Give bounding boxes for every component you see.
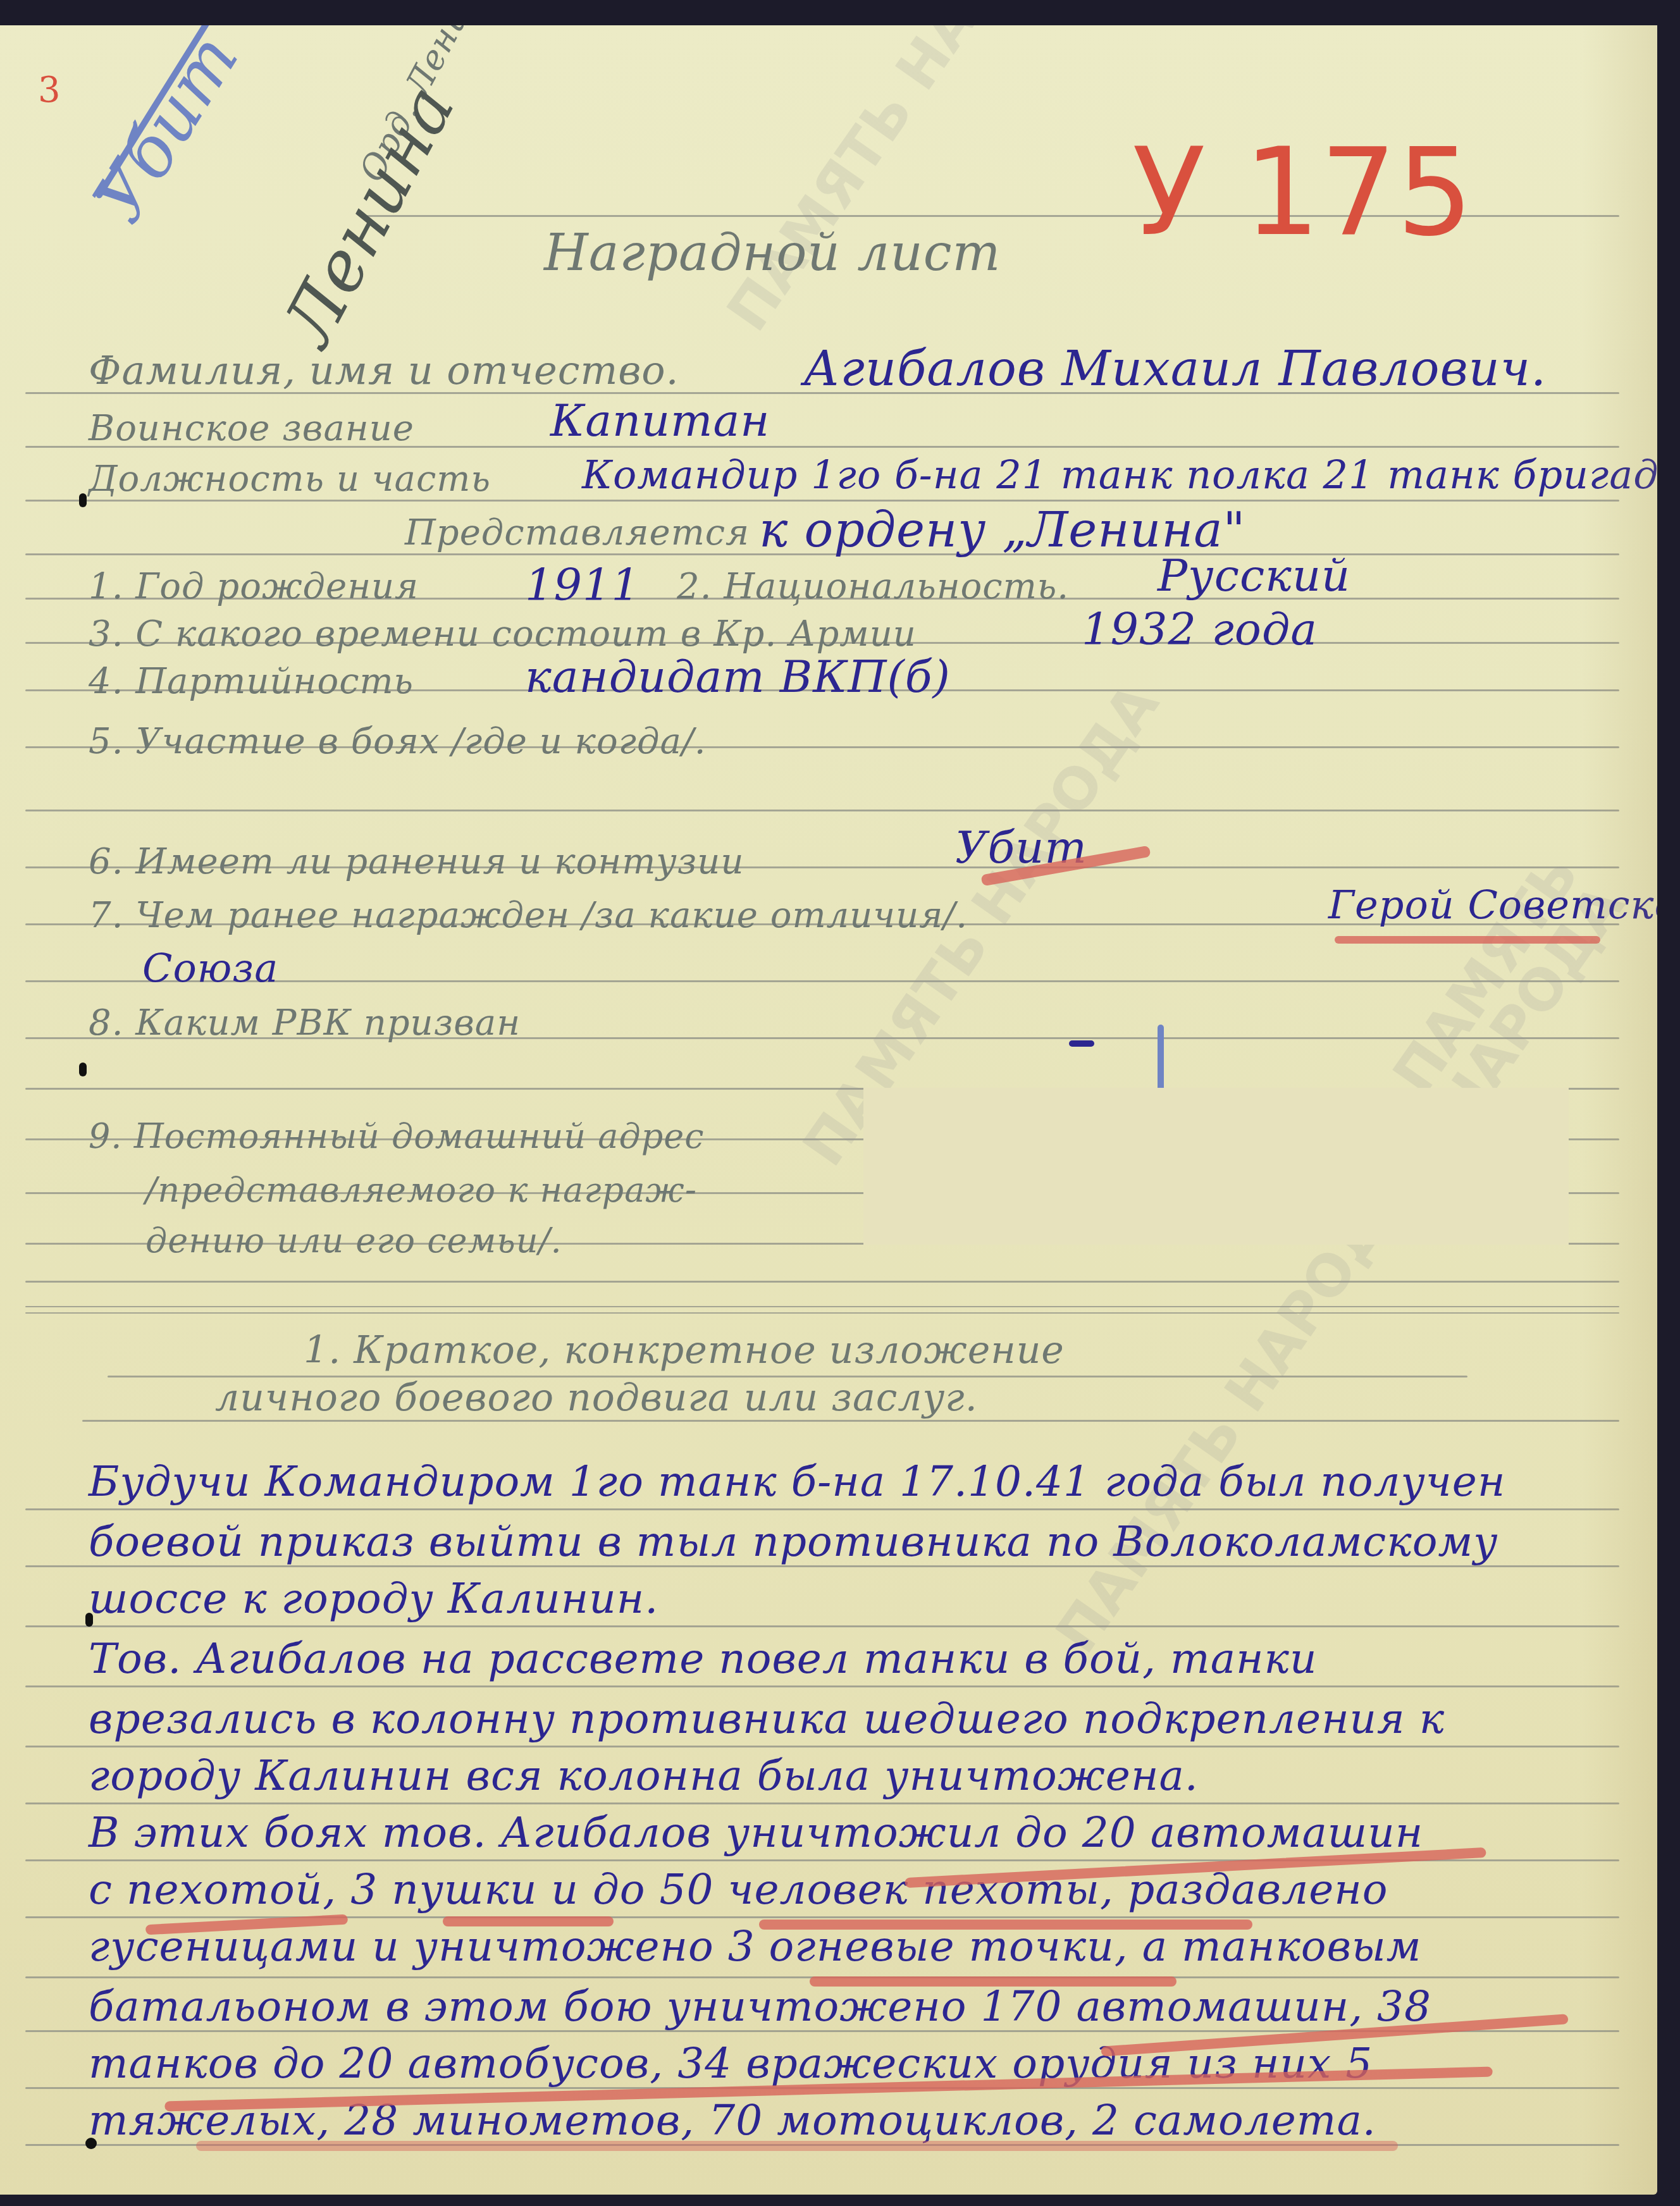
body-line: В этих боях тов. Агибалов уничтожил до 2… bbox=[89, 1812, 1423, 1854]
red-underline bbox=[443, 1916, 614, 1926]
body-line: Тов. Агибалов на рассвете повел танки в … bbox=[89, 1638, 1317, 1680]
body-line: шоссе к городу Калинин. bbox=[89, 1578, 658, 1620]
document-title: Наградной лист bbox=[544, 228, 1001, 278]
body-line: Будучи Командиром 1го танк б-на 17.10.41… bbox=[89, 1461, 1505, 1503]
ruled-line bbox=[82, 1420, 1619, 1422]
punch-hole bbox=[85, 2138, 97, 2149]
field-party-label: 4. Партийность bbox=[89, 664, 414, 699]
ink-mark bbox=[1069, 1040, 1094, 1047]
ruled-line bbox=[25, 1746, 1619, 1747]
field-position-value: Командир 1го б-на 21 танк полка 21 танк … bbox=[582, 455, 1657, 495]
field-rank-label: Воинское звание bbox=[89, 411, 414, 447]
registry-mark: У 175 bbox=[1132, 133, 1473, 253]
field-nationality-label: 2. Национальность. bbox=[677, 569, 1069, 605]
redacted-address bbox=[863, 1088, 1569, 1245]
body-line: батальоном в этом бою уничтожено 170 авт… bbox=[89, 1986, 1431, 2028]
field-birth-year-value: 1911 bbox=[525, 563, 640, 607]
field-nominated-label: Представляется bbox=[405, 515, 750, 551]
field-wounds-label: 6. Имеет ли ранения и контузии bbox=[89, 844, 744, 880]
field-awards-value: Герой Советского bbox=[1328, 885, 1657, 925]
field-awards-value-cont: Союза bbox=[142, 949, 278, 988]
red-underline bbox=[1335, 936, 1600, 944]
field-service-since-value: 1932 года bbox=[1082, 607, 1318, 651]
field-rank-value: Капитан bbox=[550, 398, 770, 443]
punch-hole bbox=[79, 493, 87, 507]
field-rvk-label: 8. Каким РВК призван bbox=[89, 1006, 521, 1041]
body-line: врезались в колонну противника шедшего п… bbox=[89, 1698, 1445, 1740]
ruled-line bbox=[25, 1281, 1619, 1283]
body-line: городу Калинин вся колонна была уничтоже… bbox=[89, 1755, 1199, 1797]
punch-hole bbox=[79, 1063, 87, 1076]
blue-mark bbox=[1158, 1025, 1164, 1094]
field-address-label-1: 9. Постоянный домашний адрес bbox=[89, 1119, 704, 1154]
section-heading-line-2: личного боевого подвига или заслуг. bbox=[215, 1379, 978, 1417]
field-birth-year-label: 1. Год рождения bbox=[89, 569, 419, 605]
section-heading-line-1: 1. Краткое, конкретное изложение bbox=[304, 1331, 1065, 1369]
field-party-value: кандидат ВКП(б) bbox=[525, 655, 951, 699]
field-nationality-value: Русский bbox=[1158, 553, 1350, 598]
killed-margin-note: Убит bbox=[82, 25, 249, 233]
ruled-line bbox=[25, 1802, 1619, 1804]
body-line: боевой приказ выйти в тыл противника по … bbox=[89, 1521, 1498, 1563]
ruled-line bbox=[25, 1508, 1619, 1510]
document-page: ПАМЯТЬ НАРОДА ПАМЯТЬ НАРОДА ПАМЯТЬ НАРОД… bbox=[0, 25, 1657, 2195]
field-position-label: Должность и часть bbox=[89, 462, 491, 497]
ruled-line bbox=[25, 1685, 1619, 1687]
section-divider bbox=[25, 1306, 1619, 1307]
body-line: с пехотой, 3 пушки и до 50 человек пехот… bbox=[89, 1869, 1388, 1911]
field-name-value: Агибалов Михаил Павлович. bbox=[803, 345, 1547, 393]
red-underline bbox=[196, 2141, 1398, 2151]
field-service-since-label: 3. С какого времени состоит в Кр. Армии bbox=[89, 617, 917, 652]
punch-hole bbox=[85, 1613, 93, 1627]
red-underline bbox=[759, 1919, 1252, 1930]
page-number: 3 bbox=[38, 73, 61, 108]
field-address-label-2: /представляемого к награж- bbox=[145, 1173, 697, 1207]
ruled-line bbox=[25, 1625, 1619, 1627]
red-underline bbox=[810, 1976, 1177, 1987]
field-nominated-value: к ордену „Ленина" bbox=[759, 506, 1246, 554]
field-name-label: Фамилия, имя и отчество. bbox=[89, 351, 679, 390]
field-battles-label: 5. Участие в боях /где и когда/. bbox=[89, 724, 707, 760]
field-awards-label: 7. Чем ранее награжден /за какие отличия… bbox=[89, 898, 968, 934]
ruled-line bbox=[25, 810, 1619, 811]
watermark: ПАМЯТЬ НАРОДА bbox=[719, 25, 1091, 340]
body-line: гусеницами и уничтожено 3 огневые точки,… bbox=[89, 1926, 1421, 1968]
field-address-label-3: дению или его семьи/. bbox=[145, 1224, 562, 1258]
